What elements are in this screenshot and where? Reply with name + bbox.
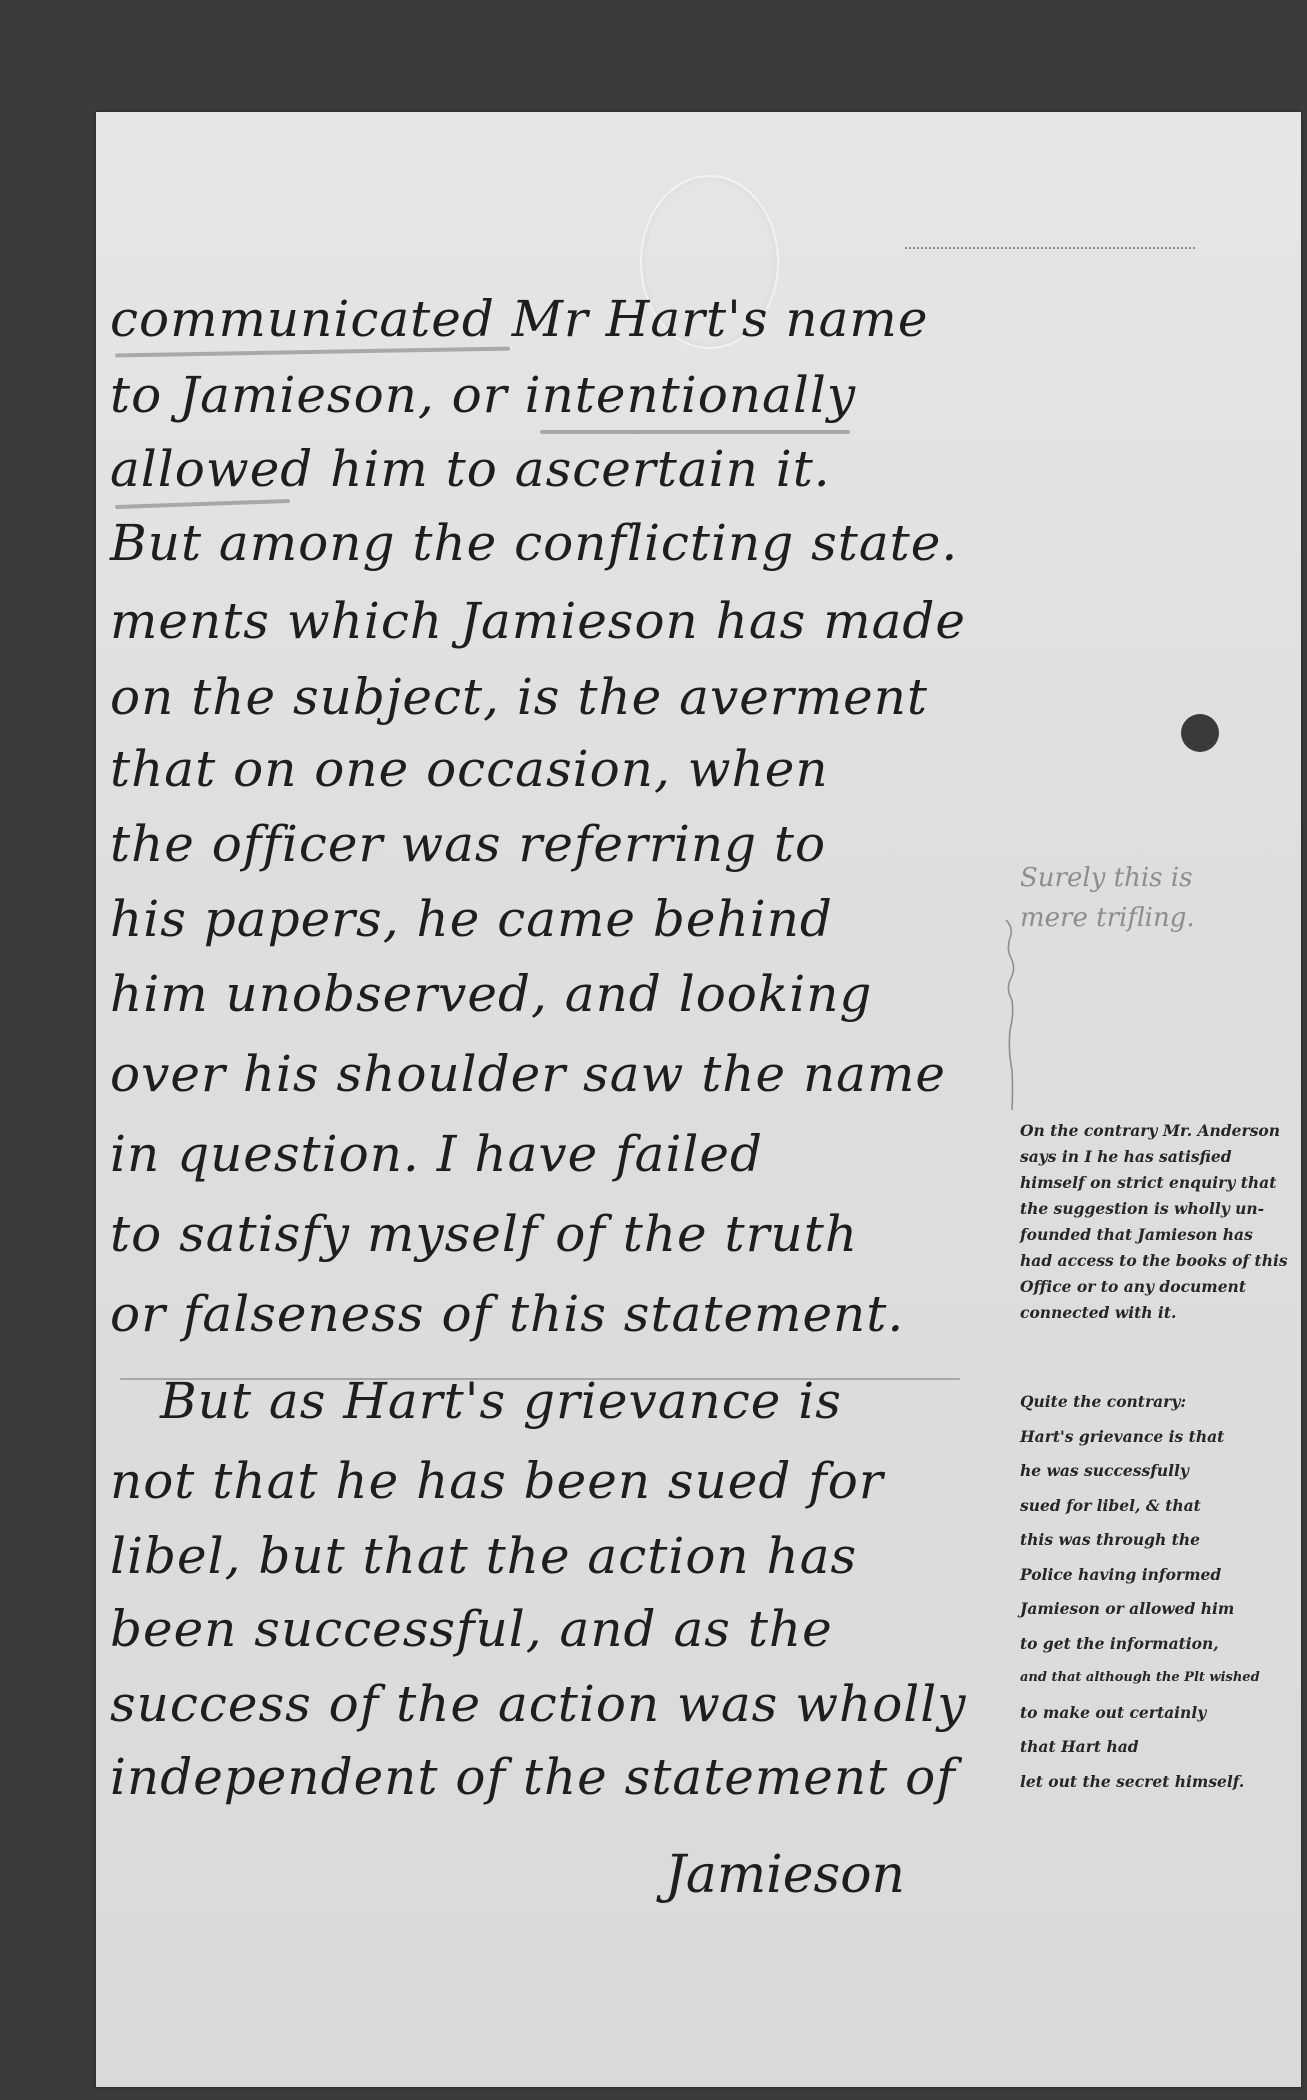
text-line: libel, but that the action has	[110, 1527, 857, 1585]
note-line: says in Ⅰ he has satisfied	[1020, 1144, 1300, 1170]
note-line: he was successfully	[1020, 1454, 1300, 1489]
note-line: to get the information,	[1020, 1627, 1300, 1662]
text-line: ments which Jamieson has made	[110, 592, 966, 650]
note-line: had access to the books of this	[1020, 1248, 1300, 1274]
text-line: But as Hart's grievance is	[160, 1372, 842, 1430]
note-line: Police having informed	[1020, 1558, 1300, 1593]
text-line: independent of the statement of	[110, 1748, 956, 1806]
note-line: founded that Jamieson has	[1020, 1222, 1300, 1248]
note-line: Hart's grievance is that	[1020, 1420, 1300, 1455]
note-line: Surely this is	[1020, 858, 1280, 898]
text-line: in question. I have failed	[110, 1125, 763, 1183]
note-line: and that although the Plt wished	[1020, 1661, 1300, 1696]
punch-hole	[1181, 714, 1219, 752]
text-line: to satisfy myself of the truth	[110, 1205, 858, 1263]
text-line: not that he has been sued for	[110, 1452, 884, 1510]
note-line: Jamieson or allowed him	[1020, 1592, 1300, 1627]
text-line: communicated Mr Hart's name	[110, 290, 928, 348]
text-line: to Jamieson, or intentionally	[110, 366, 856, 424]
note-line: this was through the	[1020, 1523, 1300, 1558]
pencil-underline	[540, 430, 850, 434]
pencil-marginal-note: Surely this is mere trifling.	[1020, 858, 1280, 938]
note-line: Office or to any document	[1020, 1274, 1300, 1300]
dotted-rule	[905, 247, 1195, 249]
note-line: that Hart had	[1020, 1730, 1300, 1765]
note-line: himself on strict enquiry that	[1020, 1170, 1300, 1196]
note-line: mere trifling.	[1020, 898, 1280, 938]
note-line: sued for libel, & that	[1020, 1489, 1300, 1524]
note-line: connected with it.	[1020, 1300, 1300, 1326]
text-line: the officer was referring to	[110, 815, 826, 873]
text-line: allowed him to ascertain it.	[110, 440, 831, 498]
marginal-note-anderson: On the contrary Mr. Anderson says in Ⅰ h…	[1020, 1118, 1300, 1326]
text-line: that on one occasion, when	[110, 740, 829, 798]
text-line: his papers, he came behind	[110, 890, 833, 948]
note-line: let out the secret himself.	[1020, 1765, 1300, 1800]
closing-word: Jamieson	[665, 1845, 905, 1905]
note-line: On the contrary Mr. Anderson	[1020, 1118, 1300, 1144]
note-line: Quite the contrary:	[1020, 1385, 1300, 1420]
text-line: or falseness of this statement.	[110, 1285, 904, 1343]
text-line: But among the conflicting state.	[110, 514, 958, 572]
note-line: the suggestion is wholly un-	[1020, 1196, 1300, 1222]
text-line: him unobserved, and looking	[110, 965, 872, 1023]
note-line: to make out certainly	[1020, 1696, 1300, 1731]
text-line: success of the action was wholly	[110, 1675, 967, 1733]
text-line: been successful, and as the	[110, 1600, 833, 1658]
text-line: over his shoulder saw the name	[110, 1045, 946, 1103]
marginal-note-grievance: Quite the contrary: Hart's grievance is …	[1020, 1385, 1300, 1799]
pencil-brace-mark	[1000, 920, 1020, 1110]
text-line: on the subject, is the averment	[110, 668, 928, 726]
